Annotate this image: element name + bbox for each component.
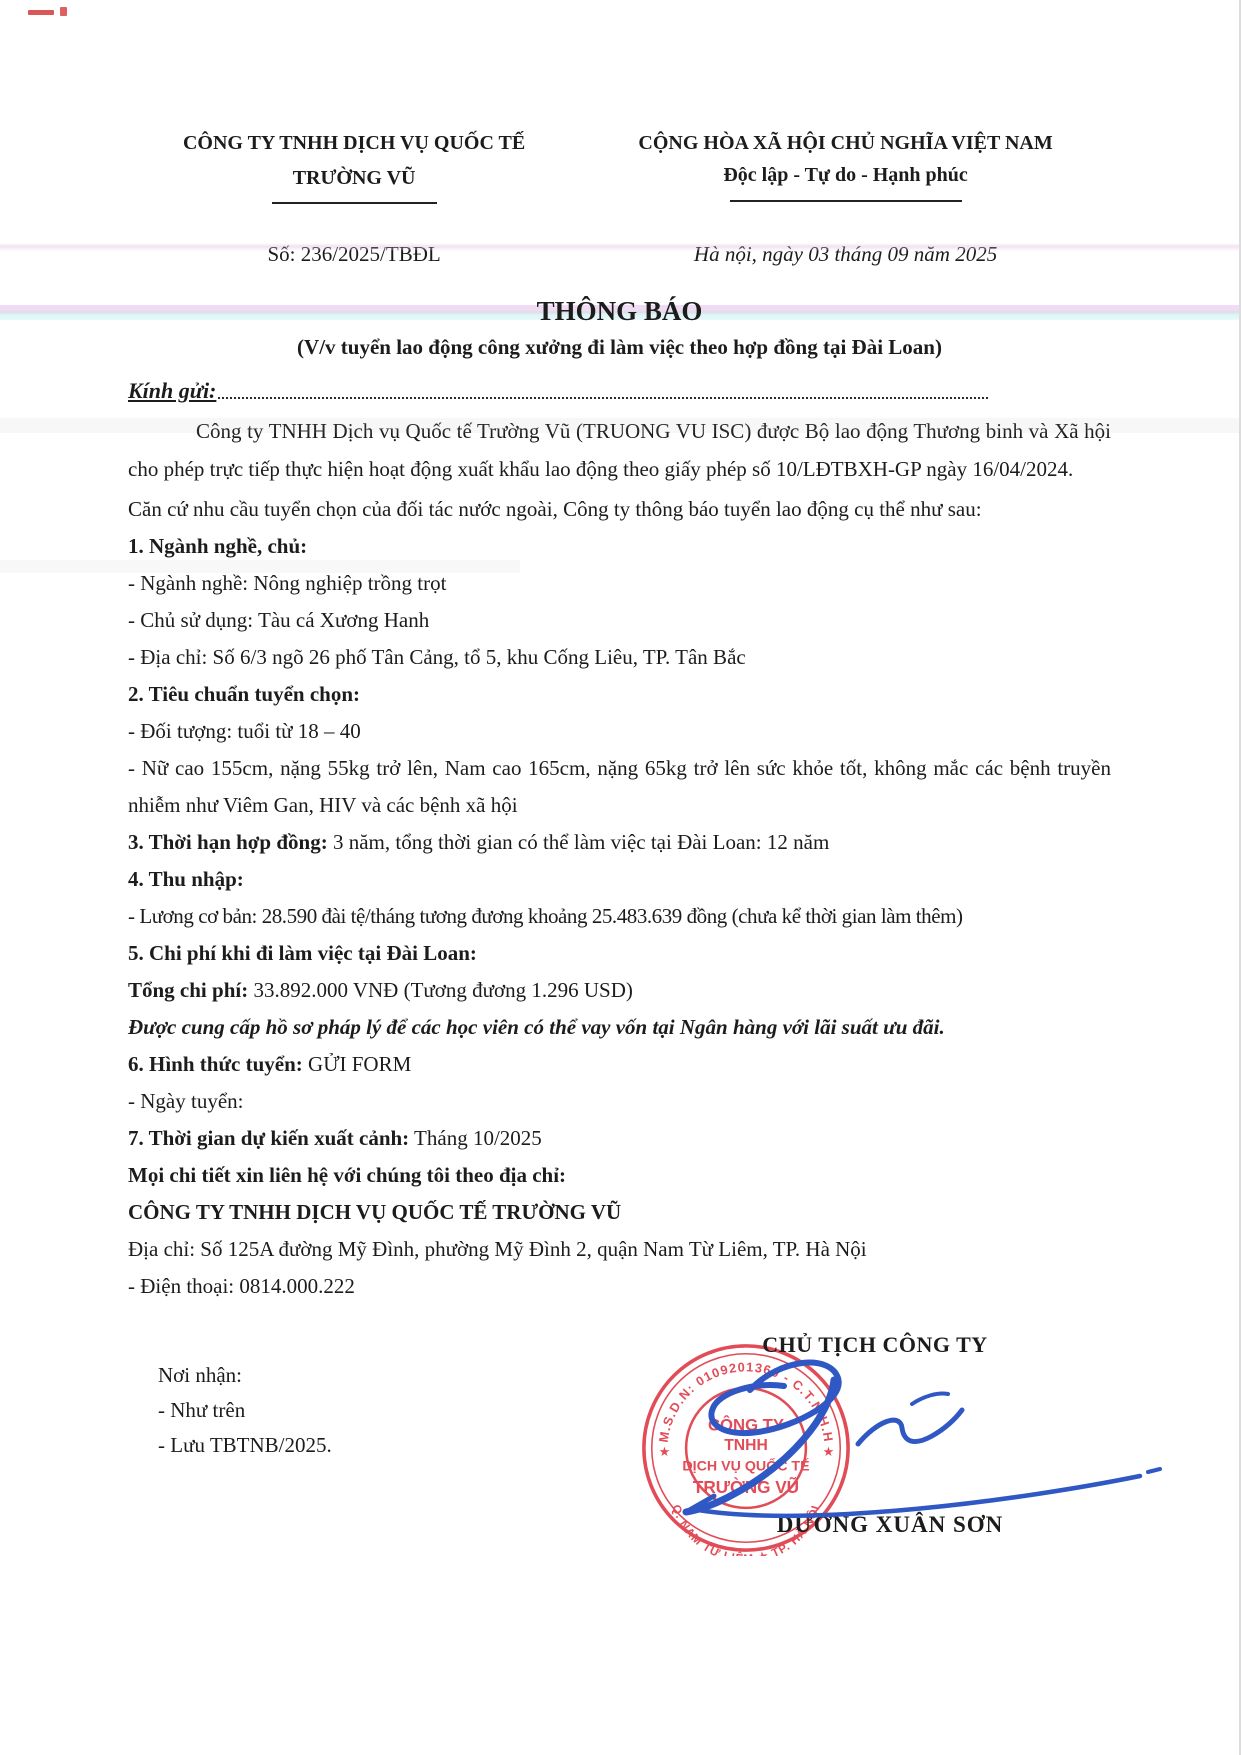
- recipient-item: - Như trên: [158, 1393, 332, 1428]
- heading-text: 6. Hình thức tuyển:: [128, 1052, 303, 1076]
- republic-motto-line1: CỘNG HÒA XÃ HỘI CHỦ NGHĨA VIỆT NAM: [580, 130, 1111, 156]
- header-divider-right: [730, 200, 962, 202]
- document-content: CÔNG TY TNHH DỊCH VỤ QUỐC TẾ TRƯỜNG VŨ C…: [0, 130, 1239, 1305]
- list-item: - Nữ cao 155cm, nặng 55kg trở lên, Nam c…: [128, 750, 1111, 824]
- section-heading-5: 5. Chi phí khi đi làm việc tại Đài Loan:: [128, 935, 1111, 972]
- place-and-date: Hà nội, ngày 03 tháng 09 năm 2025: [580, 240, 1111, 268]
- label-text: Mọi chi tiết xin liên hệ với chúng tôi t…: [128, 1163, 566, 1187]
- section-heading-2: 2. Tiêu chuẩn tuyển chọn:: [128, 676, 1111, 713]
- line-text: - Điện thoại: 0814.000.222: [128, 1274, 355, 1298]
- red-pen-mark: [60, 7, 67, 16]
- section-heading-4: 4. Thu nhập:: [128, 861, 1111, 898]
- list-item: - Ngành nghề: Nông nghiệp trồng trọt: [128, 565, 1111, 602]
- national-header-block: CỘNG HÒA XÃ HỘI CHỦ NGHĨA VIỆT NAM Độc l…: [580, 130, 1111, 204]
- salutation-label: Kính gửi:: [128, 376, 216, 406]
- line-text: Tháng 10/2025: [409, 1126, 542, 1150]
- list-item: - Chủ sử dụng: Tàu cá Xương Hanh: [128, 602, 1111, 639]
- recipient-item: - Lưu TBTNB/2025.: [158, 1428, 332, 1463]
- company-name-line1: CÔNG TY TNHH DỊCH VỤ QUỐC TẾ: [128, 130, 580, 156]
- line-text: GỬI FORM: [303, 1052, 411, 1076]
- list-item: - Lương cơ bản: 28.590 đài tệ/tháng tươn…: [128, 898, 1111, 935]
- list-item: - Địa chỉ: Số 6/3 ngõ 26 phố Tân Cảng, t…: [128, 639, 1111, 676]
- heading-text: 7. Thời gian dự kiến xuất cảnh:: [128, 1126, 409, 1150]
- line-text: - Chủ sử dụng: Tàu cá Xương Hanh: [128, 608, 429, 632]
- contact-company-name: CÔNG TY TNHH DỊCH VỤ QUỐC TẾ TRƯỜNG VŨ: [128, 1194, 1111, 1231]
- contact-address-line: Địa chỉ: Số 125A đường Mỹ Đình, phường M…: [128, 1231, 1111, 1268]
- company-name-line2: TRƯỜNG VŨ: [128, 165, 580, 191]
- republic-motto-line2: Độc lập - Tự do - Hạnh phúc: [580, 162, 1111, 189]
- line-text: Địa chỉ: Số 125A đường Mỹ Đình, phường M…: [128, 1237, 867, 1261]
- document-header: CÔNG TY TNHH DỊCH VỤ QUỐC TẾ TRƯỜNG VŨ C…: [128, 130, 1111, 204]
- heading-text: 4. Thu nhập:: [128, 867, 244, 891]
- salutation-row: Kính gửi:: [128, 376, 988, 406]
- document-subtitle: (V/v tuyển lao động công xưởng đi làm vi…: [128, 332, 1111, 362]
- header-divider-left: [272, 202, 437, 204]
- contact-phone-line: - Điện thoại: 0814.000.222: [128, 1268, 1111, 1305]
- intro-paragraph-1: Công ty TNHH Dịch vụ Quốc tế Trường Vũ (…: [128, 412, 1111, 488]
- list-item: - Ngày tuyển:: [128, 1083, 1111, 1120]
- line-text: 33.892.000 VNĐ (Tương đương 1.296 USD): [248, 978, 633, 1002]
- doc-meta-row: Số: 236/2025/TBĐL Hà nội, ngày 03 tháng …: [128, 240, 1111, 268]
- line-text: - Lương cơ bản: 28.590 đài tệ/tháng tươn…: [128, 904, 963, 928]
- recipients-block: Nơi nhận: - Như trên - Lưu TBTNB/2025.: [158, 1358, 332, 1463]
- section-heading-6: 6. Hình thức tuyển: GỬI FORM: [128, 1046, 1111, 1083]
- document-title: THÔNG BÁO: [128, 294, 1111, 328]
- loan-note-line: Được cung cấp hồ sơ pháp lý để các học v…: [128, 1009, 1111, 1046]
- document-page: CÔNG TY TNHH DỊCH VỤ QUỐC TẾ TRƯỜNG VŨ C…: [0, 0, 1241, 1755]
- line-text: Được cung cấp hồ sơ pháp lý để các học v…: [128, 1015, 945, 1039]
- line-text: - Ngành nghề: Nông nghiệp trồng trọt: [128, 571, 446, 595]
- line-text: - Ngày tuyển:: [128, 1089, 243, 1113]
- section-heading-7: 7. Thời gian dự kiến xuất cảnh: Tháng 10…: [128, 1120, 1111, 1157]
- label-text: Tổng chi phí:: [128, 978, 248, 1002]
- total-cost-line: Tổng chi phí: 33.892.000 VNĐ (Tương đươn…: [128, 972, 1111, 1009]
- handwritten-signature: [662, 1352, 1167, 1520]
- intro-paragraph-2: Căn cứ nhu cầu tuyển chọn của đối tác nư…: [128, 490, 1111, 528]
- contact-intro-line: Mọi chi tiết xin liên hệ với chúng tôi t…: [128, 1157, 1111, 1194]
- line-text: - Đối tượng: tuổi từ 18 – 40: [128, 719, 361, 743]
- company-header-block: CÔNG TY TNHH DỊCH VỤ QUỐC TẾ TRƯỜNG VŨ: [128, 130, 580, 204]
- heading-text: 2. Tiêu chuẩn tuyển chọn:: [128, 682, 360, 706]
- dotted-fill-line: [218, 397, 988, 399]
- line-text: - Địa chỉ: Số 6/3 ngõ 26 phố Tân Cảng, t…: [128, 645, 746, 669]
- list-item: - Đối tượng: tuổi từ 18 – 40: [128, 713, 1111, 750]
- red-pen-mark: [28, 10, 54, 15]
- recipients-label: Nơi nhận:: [158, 1358, 332, 1393]
- label-text: CÔNG TY TNHH DỊCH VỤ QUỐC TẾ TRƯỜNG VŨ: [128, 1200, 621, 1224]
- heading-text: 3. Thời hạn hợp đồng:: [128, 830, 328, 854]
- heading-text: 1. Ngành nghề, chủ:: [128, 534, 307, 558]
- section-heading-1: 1. Ngành nghề, chủ:: [128, 528, 1111, 565]
- line-text: 3 năm, tổng thời gian có thể làm việc tạ…: [328, 830, 830, 854]
- heading-text: 5. Chi phí khi đi làm việc tại Đài Loan:: [128, 941, 477, 965]
- line-text: - Nữ cao 155cm, nặng 55kg trở lên, Nam c…: [128, 756, 1111, 817]
- document-number: Số: 236/2025/TBĐL: [128, 240, 580, 268]
- section-heading-3: 3. Thời hạn hợp đồng: 3 năm, tổng thời g…: [128, 824, 1111, 861]
